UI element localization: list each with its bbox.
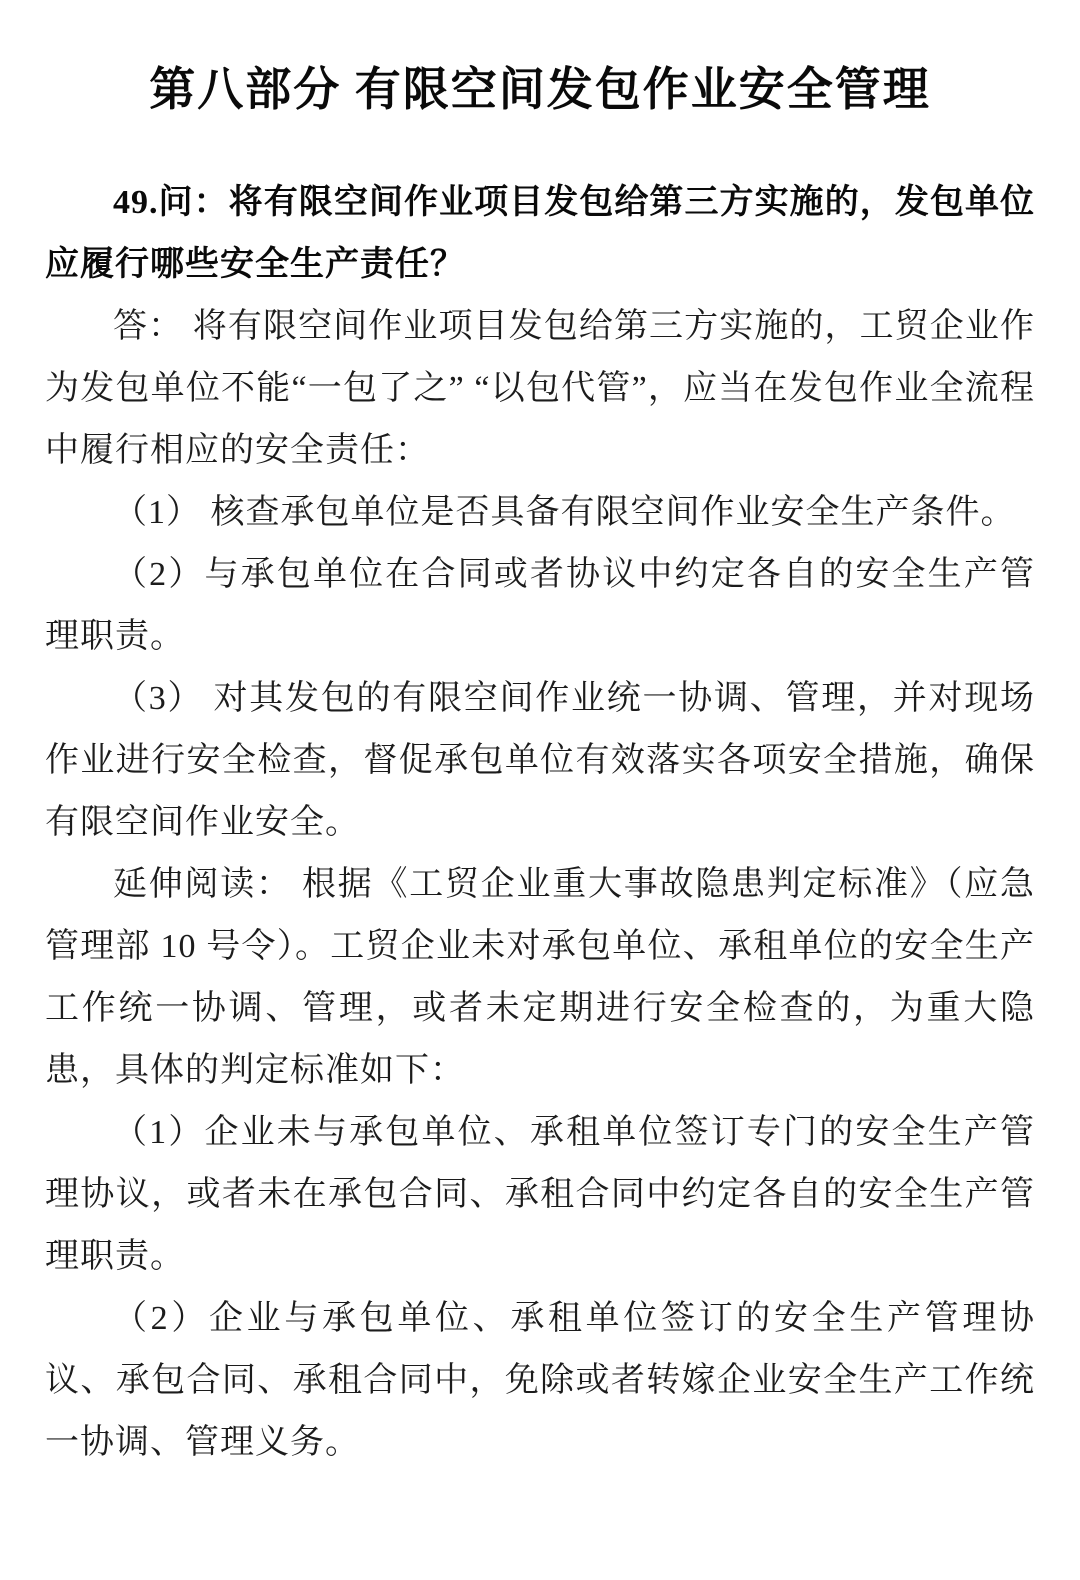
- paragraph-criteria-item-2: （2）企业与承包单位、承租单位签订的安全生产管理协议、承包合同、承租合同中，免除…: [45, 1288, 1035, 1474]
- page-title: 第八部分 有限空间发包作业安全管理: [45, 60, 1035, 120]
- document-page: 第八部分 有限空间发包作业安全管理 49.问：将有限空间作业项目发包给第三方实施…: [0, 0, 1080, 1580]
- paragraph-answer: 答： 将有限空间作业项目发包给第三方实施的，工贸企业作为发包单位不能“一包了之”…: [45, 296, 1035, 482]
- paragraph-criteria-item-1: （1）企业未与承包单位、承租单位签订专门的安全生产管理协议，或者未在承包合同、承…: [45, 1102, 1035, 1288]
- document-body: 49.问：将有限空间作业项目发包给第三方实施的，发包单位应履行哪些安全生产责任？…: [45, 172, 1035, 1474]
- paragraph-question-49: 49.问：将有限空间作业项目发包给第三方实施的，发包单位应履行哪些安全生产责任？: [45, 172, 1035, 296]
- paragraph-answer-item-1: （1） 核查承包单位是否具备有限空间作业安全生产条件。: [45, 482, 1035, 544]
- paragraph-answer-item-2: （2）与承包单位在合同或者协议中约定各自的安全生产管理职责。: [45, 544, 1035, 668]
- paragraph-extended-reading: 延伸阅读： 根据《工贸企业重大事故隐患判定标准》（应急管理部 10 号令）。工贸…: [45, 854, 1035, 1102]
- paragraph-answer-item-3: （3） 对其发包的有限空间作业统一协调、管理，并对现场作业进行安全检查，督促承包…: [45, 668, 1035, 854]
